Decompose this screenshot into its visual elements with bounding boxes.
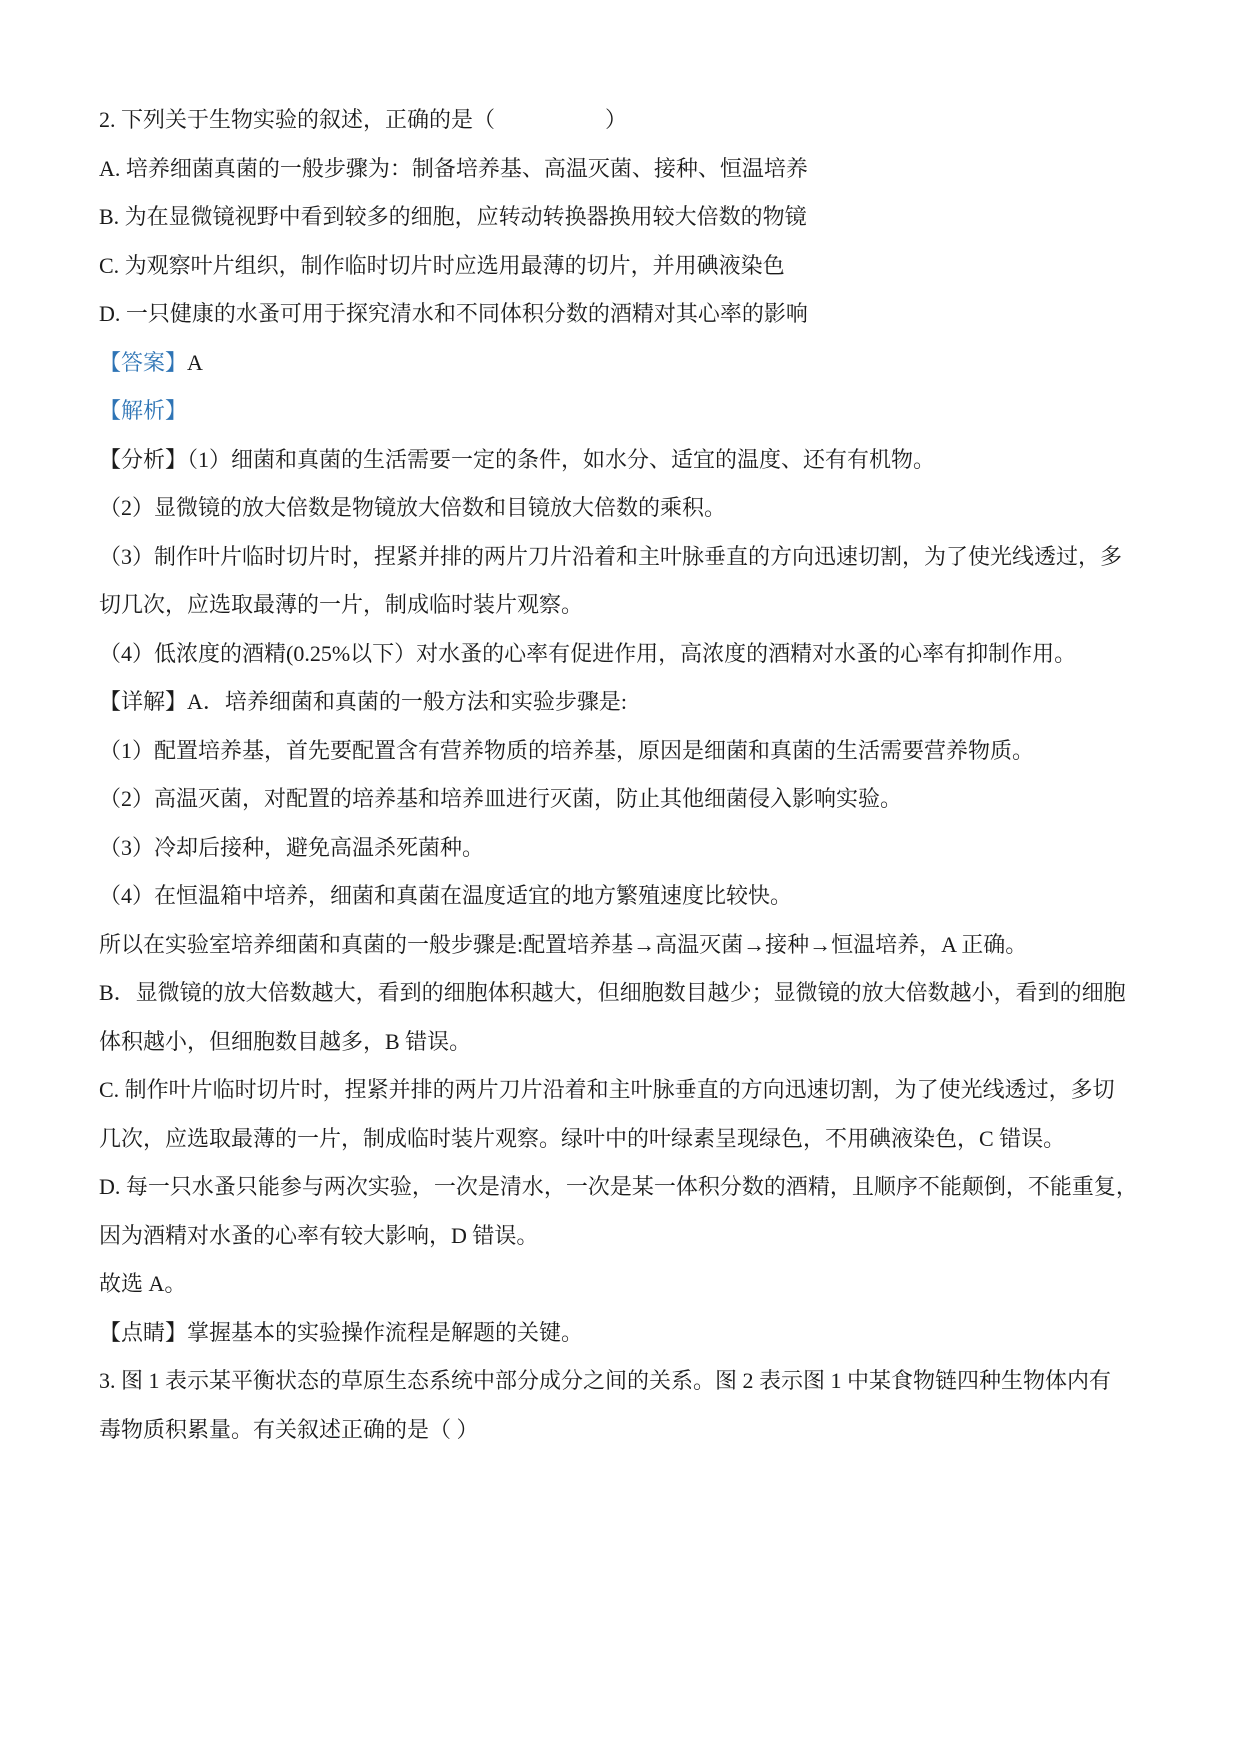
text-run: （2）高温灭菌，对配置的培养基和培养皿进行灭菌，防止其他细菌侵入影响实验。 xyxy=(99,786,902,811)
text-run: 切几次，应选取最薄的一片，制成临时装片观察。 xyxy=(99,592,583,617)
analysis-header: 【解析】 xyxy=(99,387,1149,436)
text-run: （4）低浓度的酒精(0.25%以下）对水蚤的心率有促进作用，高浓度的酒精对水蚤的… xyxy=(99,641,1076,666)
text-run: A xyxy=(187,350,203,375)
detail-option-a-header: 【详解】A．培养细菌和真菌的一般方法和实验步骤是: xyxy=(99,678,1149,727)
text-run: （1）配置培养基，首先要配置含有营养物质的培养基，原因是细菌和真菌的生活需要营养… xyxy=(99,738,1034,763)
detail-option-d-2: 因为酒精对水蚤的心率有较大影响，D 错误。 xyxy=(99,1212,1149,1261)
document-text-block: 2. 下列关于生物实验的叙述，正确的是（ ）A. 培养细菌真菌的一般步骤为：制备… xyxy=(99,96,1149,1454)
answer-line: 【答案】A xyxy=(99,339,1149,388)
key-point: 【点睛】掌握基本的实验操作流程是解题的关键。 xyxy=(99,1309,1149,1358)
text-run: 3. 图 1 表示某平衡状态的草原生态系统中部分成分之间的关系。图 2 表示图 … xyxy=(99,1368,1111,1393)
detail-option-c-2: 几次，应选取最薄的一片，制成临时装片观察。绿叶中的叶绿素呈现绿色，不用碘液染色，… xyxy=(99,1115,1149,1164)
text-run: 所以在实验室培养细菌和真菌的一般步骤是:配置培养基→高温灭菌→接种→恒温培养，A… xyxy=(99,932,1027,957)
detail-option-d-1: D. 每一只水蚤只能参与两次实验，一次是清水，一次是某一体积分数的酒精，且顺序不… xyxy=(99,1163,1149,1212)
text-run: A. 培养细菌真菌的一般步骤为：制备培养基、高温灭菌、接种、恒温培养 xyxy=(99,156,808,181)
question-2-option-c: C. 为观察叶片组织，制作临时切片时应选用最薄的切片，并用碘液染色 xyxy=(99,242,1149,291)
question-3-stem-2: 毒物质积累量。有关叙述正确的是（ ） xyxy=(99,1406,1149,1455)
analysis-point-2: （2）显微镜的放大倍数是物镜放大倍数和目镜放大倍数的乘积。 xyxy=(99,484,1149,533)
detail-conclusion-a: 所以在实验室培养细菌和真菌的一般步骤是:配置培养基→高温灭菌→接种→恒温培养，A… xyxy=(99,921,1149,970)
analysis-point-4: （4）低浓度的酒精(0.25%以下）对水蚤的心率有促进作用，高浓度的酒精对水蚤的… xyxy=(99,630,1149,679)
detail-step-4: （4）在恒温箱中培养，细菌和真菌在温度适宜的地方繁殖速度比较快。 xyxy=(99,872,1149,921)
text-run: （4）在恒温箱中培养，细菌和真菌在温度适宜的地方繁殖速度比较快。 xyxy=(99,883,792,908)
bracket-label-text: 【答案】 xyxy=(99,350,187,375)
text-run: 【点睛】掌握基本的实验操作流程是解题的关键。 xyxy=(99,1320,583,1345)
text-run: B. 为在显微镜视野中看到较多的细胞，应转动转换器换用较大倍数的物镜 xyxy=(99,204,807,229)
question-2-option-a: A. 培养细菌真菌的一般步骤为：制备培养基、高温灭菌、接种、恒温培养 xyxy=(99,145,1149,194)
bracket-label-text: 【解析】 xyxy=(99,398,187,423)
detail-step-1: （1）配置培养基，首先要配置含有营养物质的培养基，原因是细菌和真菌的生活需要营养… xyxy=(99,727,1149,776)
text-run: 因为酒精对水蚤的心率有较大影响，D 错误。 xyxy=(99,1223,538,1248)
detail-step-2: （2）高温灭菌，对配置的培养基和培养皿进行灭菌，防止其他细菌侵入影响实验。 xyxy=(99,775,1149,824)
analysis-point-3b: 切几次，应选取最薄的一片，制成临时装片观察。 xyxy=(99,581,1149,630)
text-run: 毒物质积累量。有关叙述正确的是（ ） xyxy=(99,1417,479,1442)
final-answer: 故选 A。 xyxy=(99,1260,1149,1309)
text-run: 【分析】（1）细菌和真菌的生活需要一定的条件，如水分、适宜的温度、还有有机物。 xyxy=(99,447,935,472)
detail-option-b-2: 体积越小，但细胞数目越多，B 错误。 xyxy=(99,1018,1149,1067)
detail-option-c-1: C. 制作叶片临时切片时，捏紧并排的两片刀片沿着和主叶脉垂直的方向迅速切割，为了… xyxy=(99,1066,1149,1115)
text-run: B．显微镜的放大倍数越大，看到的细胞体积越大，但细胞数目越少；显微镜的放大倍数越… xyxy=(99,980,1126,1005)
text-run: 故选 A。 xyxy=(99,1271,186,1296)
analysis-point-3a: （3）制作叶片临时切片时，捏紧并排的两片刀片沿着和主叶脉垂直的方向迅速切割，为了… xyxy=(99,533,1149,582)
text-run: C. 制作叶片临时切片时，捏紧并排的两片刀片沿着和主叶脉垂直的方向迅速切割，为了… xyxy=(99,1077,1115,1102)
text-run: （3）制作叶片临时切片时，捏紧并排的两片刀片沿着和主叶脉垂直的方向迅速切割，为了… xyxy=(99,544,1122,569)
analysis-point-1: 【分析】（1）细菌和真菌的生活需要一定的条件，如水分、适宜的温度、还有有机物。 xyxy=(99,436,1149,485)
question-2-stem: 2. 下列关于生物实验的叙述，正确的是（ ） xyxy=(99,96,1149,145)
text-run: 【详解】A．培养细菌和真菌的一般方法和实验步骤是: xyxy=(99,689,627,714)
question-3-stem-1: 3. 图 1 表示某平衡状态的草原生态系统中部分成分之间的关系。图 2 表示图 … xyxy=(99,1357,1149,1406)
text-run: 2. 下列关于生物实验的叙述，正确的是（ ） xyxy=(99,107,627,132)
text-run: C. 为观察叶片组织，制作临时切片时应选用最薄的切片，并用碘液染色 xyxy=(99,253,785,278)
question-2-option-b: B. 为在显微镜视野中看到较多的细胞，应转动转换器换用较大倍数的物镜 xyxy=(99,193,1149,242)
question-2-option-d: D. 一只健康的水蚤可用于探究清水和不同体积分数的酒精对其心率的影响 xyxy=(99,290,1149,339)
text-run: 体积越小，但细胞数目越多，B 错误。 xyxy=(99,1029,471,1054)
text-run: （2）显微镜的放大倍数是物镜放大倍数和目镜放大倍数的乘积。 xyxy=(99,495,726,520)
exam-document-page: 2. 下列关于生物实验的叙述，正确的是（ ）A. 培养细菌真菌的一般步骤为：制备… xyxy=(0,0,1240,1754)
text-run: D. 一只健康的水蚤可用于探究清水和不同体积分数的酒精对其心率的影响 xyxy=(99,301,808,326)
text-run: D. 每一只水蚤只能参与两次实验，一次是清水，一次是某一体积分数的酒精，且顺序不… xyxy=(99,1174,1138,1199)
detail-step-3: （3）冷却后接种，避免高温杀死菌种。 xyxy=(99,824,1149,873)
text-run: 几次，应选取最薄的一片，制成临时装片观察。绿叶中的叶绿素呈现绿色，不用碘液染色，… xyxy=(99,1126,1065,1151)
text-run: （3）冷却后接种，避免高温杀死菌种。 xyxy=(99,835,484,860)
detail-option-b-1: B．显微镜的放大倍数越大，看到的细胞体积越大，但细胞数目越少；显微镜的放大倍数越… xyxy=(99,969,1149,1018)
